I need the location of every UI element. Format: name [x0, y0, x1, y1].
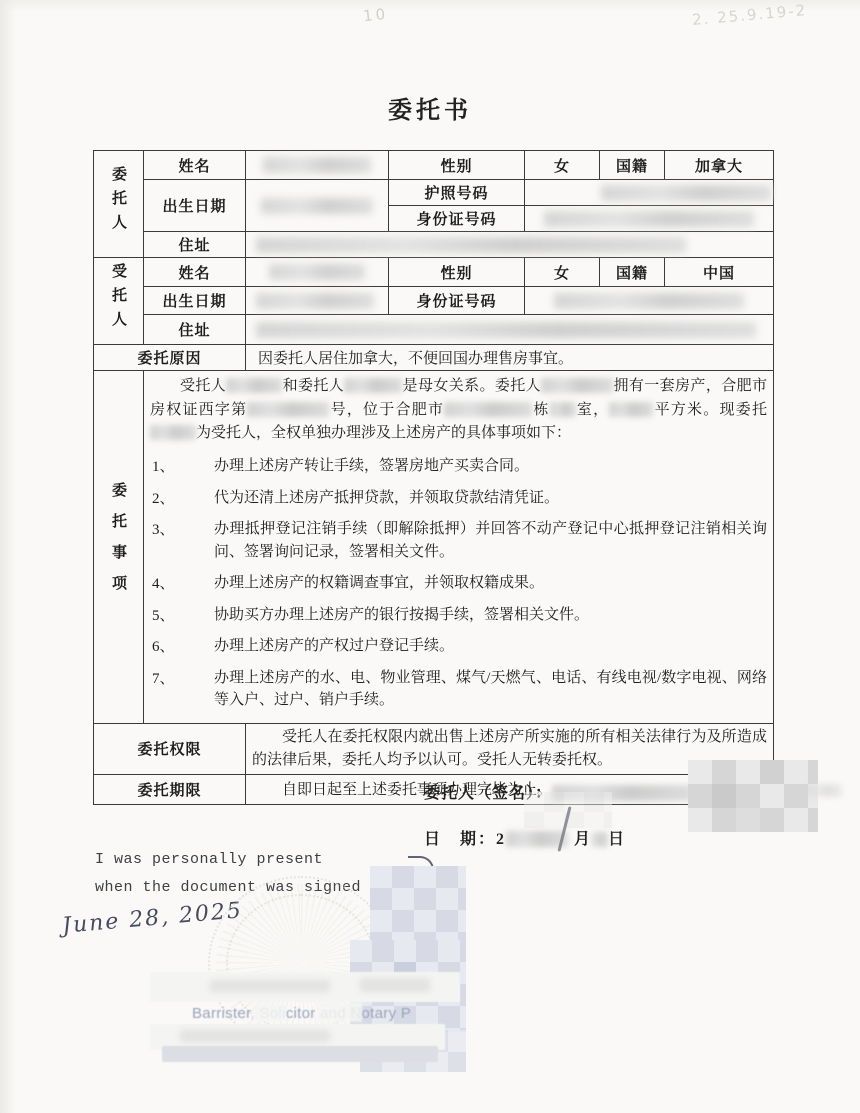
intro-text: 栋 — [532, 402, 549, 418]
whiteout-patch — [252, 1004, 286, 1022]
redaction — [269, 264, 365, 280]
signature-mosaic-redaction — [688, 760, 818, 832]
redaction — [609, 402, 653, 417]
item-text: 办理上述房产的权籍调查事宜，并领取权籍成果。 — [214, 572, 767, 595]
principal-group-label: 委托人 — [94, 151, 144, 258]
trustee-address-value — [246, 315, 774, 345]
item-number: 3、 — [150, 518, 214, 563]
principal-address-label: 住址 — [144, 232, 246, 258]
principal-passport-label: 护照号码 — [389, 180, 525, 206]
matters-intro: 受托人和委托人是母女关系。委托人拥有一套房产，合肥市房权证西字第号，位于合肥市栋… — [150, 375, 767, 446]
principal-passport-value — [525, 180, 774, 206]
matters-item-3: 3、 办理抵押登记注销手续（即解除抵押）并回答不动产登记中心抵押登记注销相关询问… — [150, 518, 767, 563]
redaction — [544, 211, 754, 227]
principal-dob-label: 出生日期 — [144, 180, 246, 232]
pencil-note-top-right: 2. 25.9.19-2 — [691, 1, 807, 29]
trustee-nationality-label: 国籍 — [600, 258, 665, 287]
scanned-document-page: 10 2. 25.9.19-2 委托书 委托人 姓名 性别 女 国籍 加拿大 出… — [0, 0, 860, 1113]
intro-text: 为受托人，全权单独办理涉及上述房产的具体事项如下： — [196, 425, 571, 441]
trustee-dob-label: 出生日期 — [144, 287, 246, 315]
redaction — [256, 293, 374, 309]
whiteout-bar — [150, 972, 460, 1002]
trustee-dob-value — [246, 287, 389, 315]
mosaic-redaction — [370, 866, 466, 942]
item-text: 协助买方办理上述房产的银行按揭手续，签署相关文件。 — [214, 604, 767, 627]
redaction — [263, 157, 371, 173]
trustee-nationality-value: 中国 — [665, 258, 774, 287]
item-text: 办理抵押登记注销手续（即解除抵押）并回答不动产登记中心抵押登记注销相关询问、签署… — [214, 518, 767, 563]
intro-text: 平方米。现委托 — [653, 402, 767, 418]
doc-title: 委托书 — [0, 90, 860, 125]
matters-item-5: 5、 协助买方办理上述房产的银行按揭手续，签署相关文件。 — [150, 604, 767, 627]
matters-item-4: 4、 办理上述房产的权籍调查事宜，并领取权籍成果。 — [150, 572, 767, 595]
poa-table: 委托人 姓名 性别 女 国籍 加拿大 出生日期 护照号码 身份证号码 住址 — [93, 150, 774, 805]
redaction — [444, 402, 532, 417]
intro-text: 号，位于合肥市 — [329, 402, 444, 418]
duration-label: 委托期限 — [94, 775, 246, 805]
principal-name-value — [246, 151, 389, 180]
item-text: 代为还清上述房产抵押贷款，并领取贷款结清凭证。 — [214, 487, 767, 510]
pencil-note-page-number: 10 — [362, 5, 389, 26]
date-prefix: 日 期：2 — [424, 831, 506, 848]
principal-dob-value — [246, 180, 389, 232]
reason-text: 因委托人居住加拿大，不便回国办理售房事宜。 — [246, 345, 774, 371]
matters-item-6: 6、 办理上述房产的产权过户登记手续。 — [150, 635, 767, 658]
matters-item-2: 2、 代为还清上述房产抵押贷款，并领取贷款结清凭证。 — [150, 487, 767, 510]
redaction — [541, 378, 613, 393]
trustee-group-label: 受托人 — [94, 258, 144, 345]
date-day-label: 日 — [608, 831, 626, 848]
redaction — [247, 402, 329, 417]
attestation-line1: I was personally present — [95, 846, 361, 874]
notary-title-text: Barrister, Solicitor and Notary P — [192, 1005, 411, 1022]
date-month-label: 月 — [574, 831, 592, 848]
item-number: 4、 — [150, 572, 214, 595]
authority-label: 委托权限 — [94, 723, 246, 775]
item-number: 7、 — [150, 667, 214, 712]
redaction — [150, 425, 196, 440]
trustee-id-label: 身份证号码 — [389, 287, 525, 315]
matters-item-1: 1、 办理上述房产转让手续，签署房地产买卖合同。 — [150, 455, 767, 478]
redaction — [554, 293, 744, 309]
item-number: 2、 — [150, 487, 214, 510]
whiteout-patch — [316, 1002, 362, 1022]
redaction-bar — [162, 1046, 438, 1062]
principal-address-value — [246, 232, 774, 258]
item-number: 6、 — [150, 635, 214, 658]
intro-text: 是母女关系。委托人 — [402, 378, 541, 394]
principal-nationality-label: 国籍 — [600, 151, 665, 180]
redaction — [592, 832, 608, 847]
item-text: 办理上述房产转让手续，签署房地产买卖合同。 — [214, 455, 767, 478]
item-text: 办理上述房产的水、电、物业管理、煤气/天燃气、电话、有线电视/数字电视、网络等入… — [214, 667, 767, 712]
trustee-gender-value: 女 — [525, 258, 600, 287]
date-line: 日 期：2 月日 — [424, 826, 626, 849]
item-number: 5、 — [150, 604, 214, 627]
trustee-name-value — [246, 258, 389, 287]
intro-text: 室， — [576, 402, 610, 418]
principal-gender-label: 性别 — [389, 151, 525, 180]
principal-id-label: 身份证号码 — [389, 206, 525, 232]
reason-label: 委托原因 — [94, 345, 246, 371]
trustee-gender-label: 性别 — [389, 258, 525, 287]
principal-id-value — [525, 206, 774, 232]
redaction — [550, 402, 576, 417]
redaction — [261, 198, 373, 214]
intro-text: 受托人 — [180, 378, 226, 394]
redaction — [256, 237, 686, 253]
trustee-address-label: 住址 — [144, 315, 246, 345]
matters-content: 受托人和委托人是母女关系。委托人拥有一套房产，合肥市房权证西字第号，位于合肥市栋… — [144, 371, 774, 724]
intro-text: 和委托人 — [282, 378, 344, 394]
redaction — [344, 378, 402, 393]
matters-group-label: 委托事项 — [94, 371, 144, 724]
redaction — [226, 378, 282, 393]
matters-item-7: 7、 办理上述房产的水、电、物业管理、煤气/天燃气、电话、有线电视/数字电视、网… — [150, 667, 767, 712]
item-text: 办理上述房产的产权过户登记手续。 — [214, 635, 767, 658]
redaction — [806, 784, 842, 797]
principal-nationality-value: 加拿大 — [665, 151, 774, 180]
trustee-name-label: 姓名 — [144, 258, 246, 287]
trustee-id-value — [525, 287, 774, 315]
principal-name-label: 姓名 — [144, 151, 246, 180]
item-number: 1、 — [150, 455, 214, 478]
redaction — [601, 185, 771, 201]
principal-gender-value: 女 — [525, 151, 600, 180]
redaction — [256, 322, 756, 338]
